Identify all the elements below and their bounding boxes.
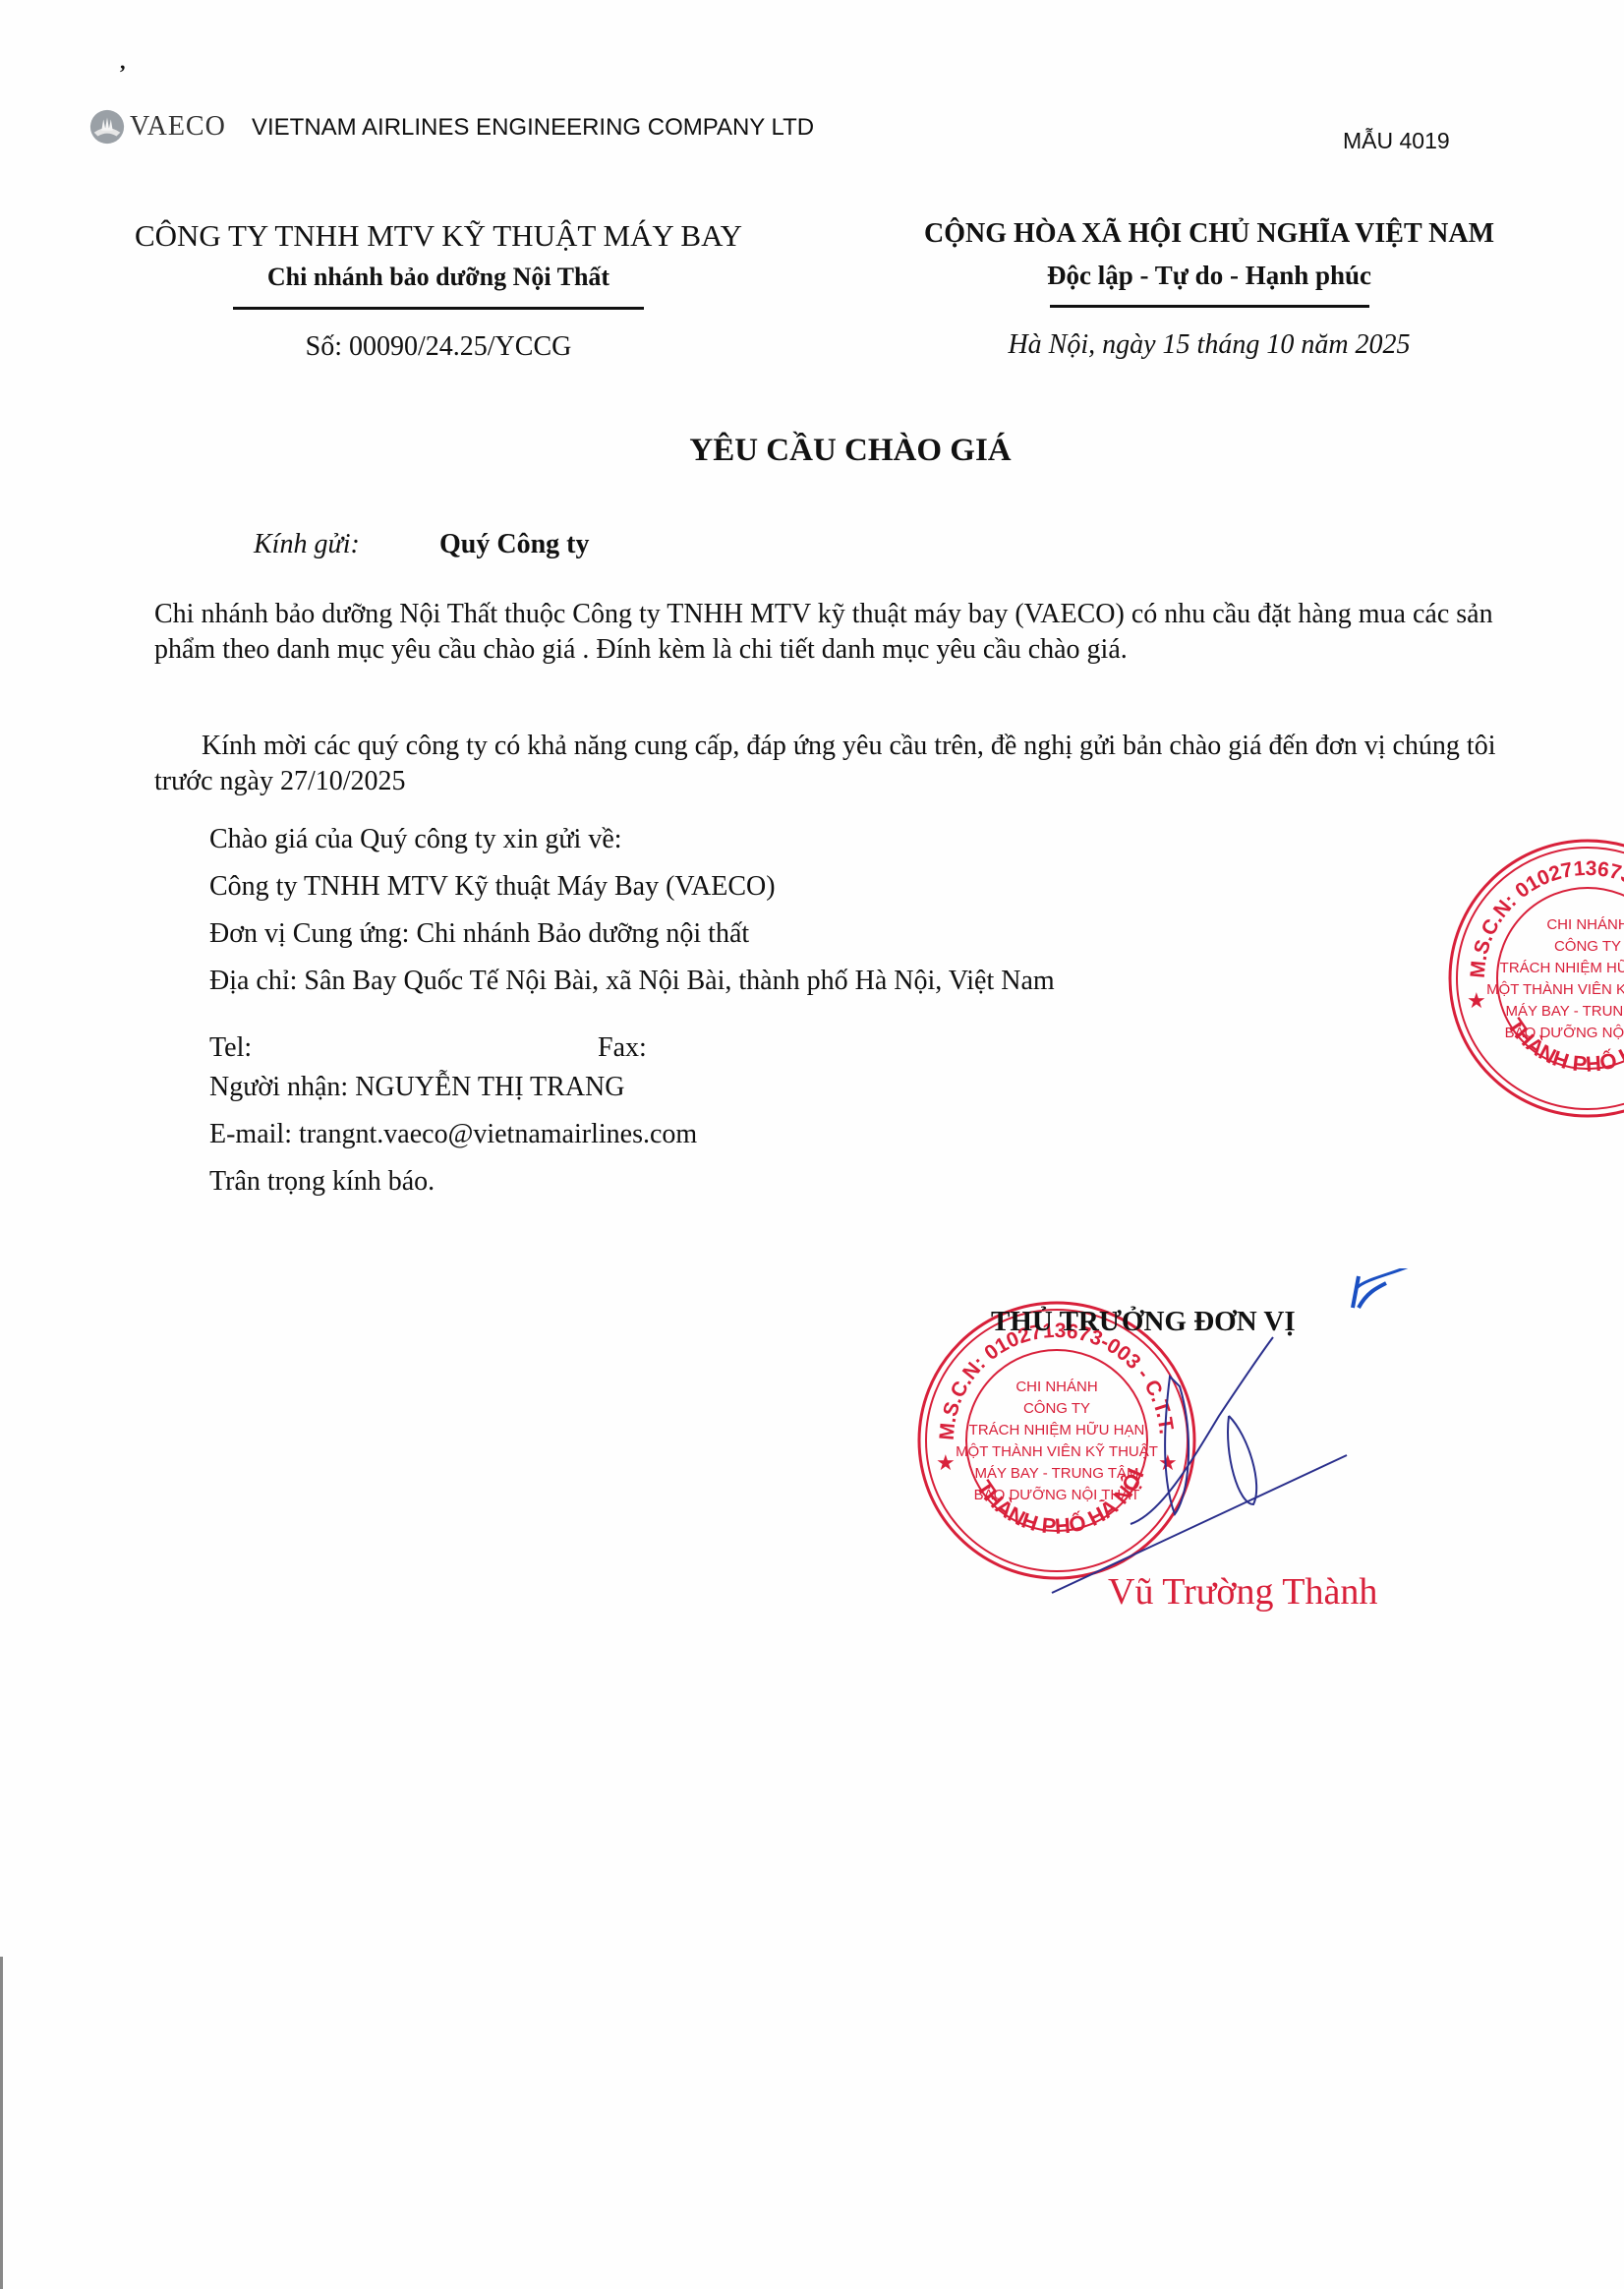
logo-text: VAECO [130,111,226,143]
svg-text:MỘT THÀNH VIÊN KỸ THUẬT: MỘT THÀNH VIÊN KỸ THUẬT [1486,981,1624,998]
scan-mark: , [120,49,126,75]
issuer-block: CÔNG TY TNHH MTV KỸ THUẬT MÁY BAY Chi nh… [94,214,783,367]
contact-recipient: Người nhận: NGUYỄN THỊ TRANG [209,1072,624,1103]
svg-text:★: ★ [936,1450,956,1475]
svg-text:M.S.C.N: 0102713673-003 - C.T.: M.S.C.N: 0102713673-003 - C.T.T.N.H.H [1445,836,1624,979]
national-motto: Độc lập - Tự do - Hạnh phúc [865,256,1553,295]
place-date: Hà Nội, ngày 15 tháng 10 năm 2025 [865,325,1553,365]
contact-fax-label: Fax: [598,1032,647,1064]
issuer-organization: CÔNG TY TNHH MTV KỸ THUẬT MÁY BAY [94,214,783,258]
svg-text:★: ★ [1467,988,1486,1013]
republic-name: CỘNG HÒA XÃ HỘI CHỦ NGHĨA VIỆT NAM [865,212,1553,256]
contact-address: Địa chỉ: Sân Bay Quốc Tế Nội Bài, xã Nội… [209,966,1055,997]
salutation-label: Kính gửi: [254,529,360,560]
company-seal-side: M.S.C.N: 0102713673-003 - C.T.T.N.H.H TH… [1445,836,1624,1121]
contact-company: Công ty TNHH MTV Kỹ thuật Máy Bay (VAECO… [209,871,776,903]
svg-text:BẢO DƯỠNG NỘI THẤT: BẢO DƯỠNG NỘI THẤT [1505,1025,1624,1041]
document-number: Số: 00090/24.25/YCCG [94,327,783,367]
svg-text:TRÁCH NHIỆM HỮU HẠN: TRÁCH NHIỆM HỮU HẠN [1500,960,1624,976]
form-code: MẪU 4019 [1343,128,1450,154]
svg-text:CHI NHÁNH: CHI NHÁNH [1546,916,1624,933]
vaeco-emblem-icon [88,108,126,146]
contact-send-to: Chào giá của Quý công ty xin gửi về: [209,824,622,855]
svg-text:MÁY BAY - TRUNG TÂM: MÁY BAY - TRUNG TÂM [1506,1003,1624,1020]
salutation-recipient: Quý Công ty [439,529,589,560]
contact-tel-label: Tel: [209,1032,252,1064]
document-page: , VAECO VIETNAM AIRLINES ENGINEERING COM… [0,0,1624,2289]
body-paragraph: Kính mời các quý công ty có khả năng cun… [154,729,1511,799]
body-paragraph: Chi nhánh bảo dưỡng Nội Thất thuộc Công … [154,597,1511,668]
company-name-en: VIETNAM AIRLINES ENGINEERING COMPANY LTD [252,114,814,142]
handwritten-signature-icon [1042,1268,1455,1622]
vaeco-logo: VAECO [88,108,226,146]
divider [1050,305,1369,308]
national-header: CỘNG HÒA XÃ HỘI CHỦ NGHĨA VIỆT NAM Độc l… [865,212,1553,365]
svg-text:CÔNG TY: CÔNG TY [1554,938,1621,955]
document-title: YÊU CẦU CHÀO GIÁ [0,433,1624,469]
contact-email[interactable]: E-mail: trangnt.vaeco@vietnamairlines.co… [209,1119,697,1150]
divider [233,307,644,310]
issuer-branch: Chi nhánh bảo dưỡng Nội Thất [94,258,783,297]
contact-unit: Đơn vị Cung ứng: Chi nhánh Bảo dưỡng nội… [209,918,749,950]
scan-edge [0,1957,3,2289]
closing-line: Trân trọng kính báo. [209,1166,435,1198]
